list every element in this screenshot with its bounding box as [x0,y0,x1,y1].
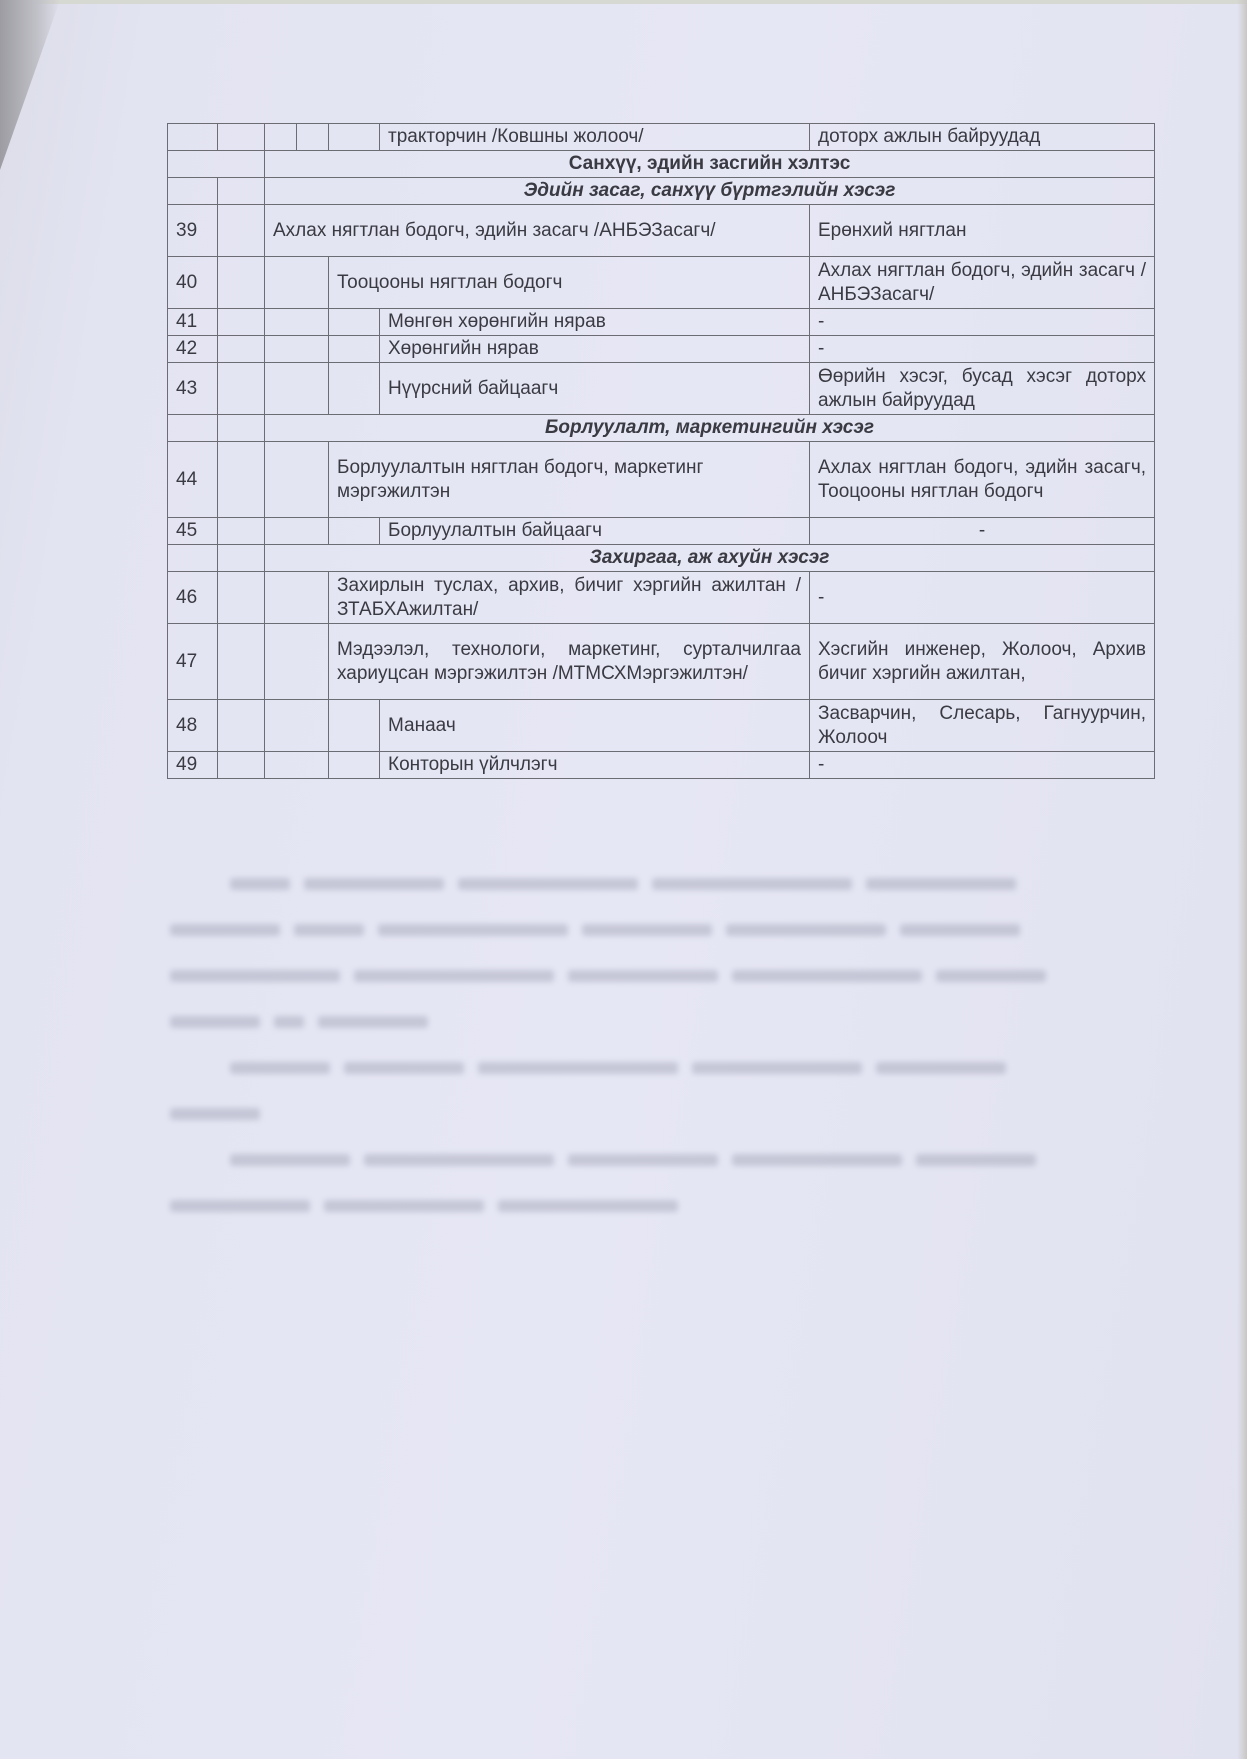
cell-empty [265,124,297,151]
position-cell: Мөнгөн хөрөнгийн нярав [380,309,810,336]
table-row: 45 Борлуулалтын байцаагч - [168,518,1155,545]
cell-empty [218,700,265,752]
cell-empty [218,545,265,572]
cell-empty [265,309,329,336]
section-title: Борлуулалт, маркетингийн хэсэг [265,415,1155,442]
row-number: 41 [168,309,218,336]
cell-empty [218,518,265,545]
cell-empty [329,336,380,363]
section-header-row: Эдийн засаг, санхүү бүртгэлийн хэсэг [168,178,1155,205]
cell-empty [329,363,380,415]
table-row: 42 Хөрөнгийн нярав - [168,336,1155,363]
cell-empty [218,752,265,779]
cell-empty [218,205,265,257]
row-number: 45 [168,518,218,545]
substitute-cell: Засварчин, Слесарь, Гагнуурчин, Жолооч [810,700,1155,752]
cell-empty [168,124,218,151]
substitute-cell: - [810,309,1155,336]
substitute-cell: - [810,572,1155,624]
cell-empty [218,309,265,336]
row-number: 39 [168,205,218,257]
cell-empty [218,124,265,151]
cell-empty [265,572,329,624]
cell-empty [168,178,218,205]
row-number: 47 [168,624,218,700]
cell-empty [265,752,329,779]
row-number: 49 [168,752,218,779]
position-cell: Нүүрсний байцаагч [380,363,810,415]
cell-empty [168,415,218,442]
row-number: 43 [168,363,218,415]
cell-empty [218,624,265,700]
scanned-page: тракторчин /Ковшны жолооч/ доторх ажлын … [0,0,1247,1759]
cell-empty [218,415,265,442]
substitute-cell: Ахлах нягтлан бодогч, эдийн засагч /АНБЭ… [810,257,1155,309]
row-number: 48 [168,700,218,752]
position-cell: Конторын үйлчлэгч [380,752,810,779]
cell-empty [297,124,329,151]
bleed-through-text [170,860,1070,1228]
table-row-continuation: тракторчин /Ковшны жолооч/ доторх ажлын … [168,124,1155,151]
section-title: Эдийн засаг, санхүү бүртгэлийн хэсэг [265,178,1155,205]
row-number: 40 [168,257,218,309]
position-cell: Мэдээлэл, технологи, маркетинг, сурталчи… [329,624,810,700]
cell-empty [168,545,218,572]
table-row: 40 Тооцооны нягтлан бодогч Ахлах нягтлан… [168,257,1155,309]
cell-empty [329,124,380,151]
substitute-cell: - [810,336,1155,363]
page-corner-fold [0,0,60,170]
cell-empty [265,518,329,545]
cell-empty [218,442,265,518]
table-row: 39 Ахлах нягтлан бодогч, эдийн засагч /А… [168,205,1155,257]
substitute-cell: Хэсгийн инженер, Жолооч, Архив бичиг хэр… [810,624,1155,700]
section-header-row: Борлуулалт, маркетингийн хэсэг [168,415,1155,442]
position-cell: Хөрөнгийн нярав [380,336,810,363]
substitute-cell: доторх ажлын байруудад [810,124,1155,151]
substitute-cell: - [810,752,1155,779]
cell-empty [265,700,329,752]
table-row: 48 Манаач Засварчин, Слесарь, Гагнуурчин… [168,700,1155,752]
row-number: 42 [168,336,218,363]
position-cell: Борлуулалтын нягтлан бодогч, маркетинг м… [329,442,810,518]
page-right-edge-shadow [1237,0,1247,1759]
cell-empty [218,572,265,624]
section-header-row: Захиргаа, аж ахуйн хэсэг [168,545,1155,572]
cell-empty [329,309,380,336]
row-number: 46 [168,572,218,624]
cell-empty [218,178,265,205]
position-cell: Захирлын туслах, архив, бичиг хэргийн аж… [329,572,810,624]
position-cell: Манаач [380,700,810,752]
position-cell: тракторчин /Ковшны жолооч/ [380,124,810,151]
scanner-top-edge [0,0,1247,4]
substitute-cell: - [810,518,1155,545]
cell-empty [218,336,265,363]
table-row: 49 Конторын үйлчлэгч - [168,752,1155,779]
table-row: 46 Захирлын туслах, архив, бичиг хэргийн… [168,572,1155,624]
table-row: 44 Борлуулалтын нягтлан бодогч, маркетин… [168,442,1155,518]
substitute-cell: Ерөнхий нягтлан [810,205,1155,257]
cell-empty [265,336,329,363]
department-title: Санхүү, эдийн засгийн хэлтэс [265,151,1155,178]
substitute-cell: Ахлах нягтлан бодогч, эдийн засагч, Тооц… [810,442,1155,518]
cell-empty [329,700,380,752]
substitute-cell: Өөрийн хэсэг, бусад хэсэг доторх ажлын б… [810,363,1155,415]
cell-empty [265,363,329,415]
section-title: Захиргаа, аж ахуйн хэсэг [265,545,1155,572]
cell-empty [329,518,380,545]
table-row: 43 Нүүрсний байцаагч Өөрийн хэсэг, бусад… [168,363,1155,415]
position-substitution-table: тракторчин /Ковшны жолооч/ доторх ажлын … [167,123,1155,779]
cell-empty [168,151,265,178]
cell-empty [265,624,329,700]
cell-empty [329,752,380,779]
cell-empty [218,363,265,415]
position-cell: Борлуулалтын байцаагч [380,518,810,545]
cell-empty [265,442,329,518]
row-number: 44 [168,442,218,518]
position-cell: Ахлах нягтлан бодогч, эдийн засагч /АНБЭ… [265,205,810,257]
table-row: 47 Мэдээлэл, технологи, маркетинг, сурта… [168,624,1155,700]
cell-empty [218,257,265,309]
cell-empty [265,257,329,309]
table-row: 41 Мөнгөн хөрөнгийн нярав - [168,309,1155,336]
position-cell: Тооцооны нягтлан бодогч [329,257,810,309]
department-header-row: Санхүү, эдийн засгийн хэлтэс [168,151,1155,178]
